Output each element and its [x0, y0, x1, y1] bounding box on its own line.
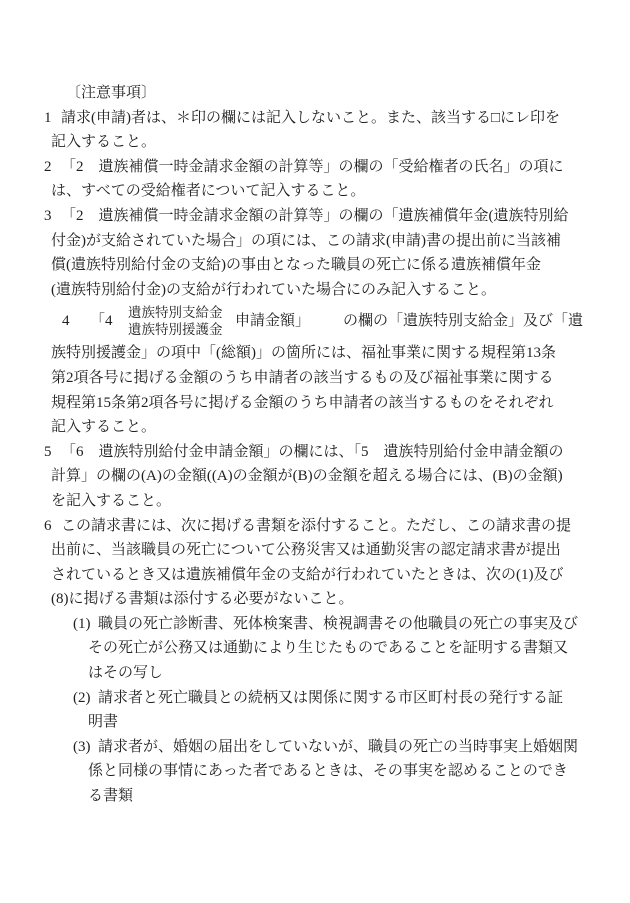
notes-heading: 〔注意事項〕 [0, 81, 630, 106]
attachment-3-cont-1: 係と同様の事情にあった者であるときは、その事実を認めることのでき [0, 759, 630, 784]
fraction-after-text: 申請金額」 [235, 302, 310, 341]
item-6-cont-2: されているとき又は遺族補償年金の支給が行われていたときは、次の(1)及び [0, 563, 630, 588]
item-5-number: 5 [44, 440, 52, 465]
item-2-first-line: 「2 遺族補償一時金請求金額の計算等」の欄の「受給権者の氏名」の項に [61, 155, 564, 180]
attachment-2-label: (2) [73, 686, 91, 711]
item-1-cont-1: 記入すること。 [0, 130, 630, 155]
attachment-1-cont-2: はその写し [0, 661, 630, 686]
item-3-line-1: 3 「2 遺族補償一時金請求金額の計算等」の欄の「遺族補償年金(遺族特別給 [0, 204, 630, 229]
item-2-cont-1: は、すべての受給権者について記入すること。 [0, 179, 630, 204]
item-6-first-line: この請求書には、次に掲げる書類を添付すること。ただし、この請求書の提 [61, 514, 571, 539]
item-3-cont-2: 償(遺族特別給付金の支給)の事由となった職員の死亡に係る遺族補償年金 [0, 253, 630, 278]
item-3-cont-3: (遺族特別給付金)の支給が行われていた場合にのみ記入すること。 [0, 278, 630, 303]
item-3-cont-1: 付金)が支給されていた場合」の項には、この請求(申請)書の提出前に当該補 [0, 229, 630, 254]
item-6-cont-1: 出前に、当該職員の死亡について公務災害又は通勤災害の認定請求書が提出 [0, 538, 630, 563]
attachment-1-cont-1: その死亡が公務又は通勤により生じたものであることを証明する書類又 [0, 636, 630, 661]
item-1-number: 1 [44, 106, 52, 131]
fraction-stack: 遺族特別支給金 遺族特別援護金 [128, 305, 223, 338]
item-6-line-1: 6 この請求書には、次に掲げる書類を添付すること。ただし、この請求書の提 [0, 514, 630, 539]
item-1-first-line: 請求(申請)者は、＊印の欄には記入しないこと。また、該当する□にレ印を [61, 106, 560, 131]
item-3-first-line: 「2 遺族補償一時金請求金額の計算等」の欄の「遺族補償年金(遺族特別給 [61, 204, 569, 229]
fraction-stack-top: 遺族特別支給金 [128, 305, 223, 322]
attachment-2-line-1: (2) 請求者と死亡職員との続柄又は関係に関する市区町村長の発行する証 [0, 686, 630, 711]
attachment-2-cont-1: 明書 [0, 710, 630, 735]
fraction-open-bracket: 「4 [90, 302, 113, 341]
fraction-tail-text: の欄の「遺族特別支給金」及び「遺 [343, 302, 583, 341]
item-3-number: 3 [44, 204, 52, 229]
attachment-3-label: (3) [73, 735, 91, 760]
item-4-fraction-line: 4 「4 遺族特別支給金 遺族特別援護金 申請金額」 の欄の「遺族特別支給金」及… [0, 302, 630, 341]
item-5-cont-1: 計算」の欄の(A)の金額((A)の金額が(B)の金額を超える場合には、(B)の金… [0, 464, 630, 489]
notes-page: 〔注意事項〕 1 請求(申請)者は、＊印の欄には記入しないこと。また、該当する□… [0, 0, 630, 903]
item-1-line-1: 1 請求(申請)者は、＊印の欄には記入しないこと。また、該当する□にレ印を [0, 106, 630, 131]
attachment-3-line-1: (3) 請求者が、婚姻の届出をしていないが、職員の死亡の当時事実上婚姻関 [0, 735, 630, 760]
attachment-1-line-1: (1) 職員の死亡診断書、死体検案書、検視調書その他職員の死亡の事実及び [0, 612, 630, 637]
item-6-cont-3: (8)に掲げる書類は添付する必要がないこと。 [0, 587, 630, 612]
item-5-cont-2: を記入すること。 [0, 489, 630, 514]
item-2-line-1: 2 「2 遺族補償一時金請求金額の計算等」の欄の「受給権者の氏名」の項に [0, 155, 630, 180]
item-4-cont-4: 記入すること。 [0, 415, 630, 440]
item-5-first-line: 「6 遺族特別給付金申請金額」の欄には、「5 遺族特別給付金申請金額の [61, 440, 564, 465]
item-2-number: 2 [44, 155, 52, 180]
item-5-line-1: 5 「6 遺族特別給付金申請金額」の欄には、「5 遺族特別給付金申請金額の [0, 440, 630, 465]
notes-heading-text: 〔注意事項〕 [66, 81, 156, 106]
attachment-1-label: (1) [73, 612, 91, 637]
item-4-cont-3: 規程第15条第2項各号に掲げる金額のうち申請者の該当するものをそれぞれ [0, 391, 630, 416]
attachment-3-cont-2: る書類 [0, 784, 630, 809]
attachment-2-first-line: 請求者と死亡職員との続柄又は関係に関する市区町村長の発行する証 [98, 686, 563, 711]
attachment-1-first-line: 職員の死亡診断書、死体検案書、検視調書その他職員の死亡の事実及び [98, 612, 578, 637]
attachment-3-first-line: 請求者が、婚姻の届出をしていないが、職員の死亡の当時事実上婚姻関 [98, 735, 578, 760]
item-4-cont-1: 族特別援護金」の項中「(総額)」の箇所には、福祉事業に関する規程第13条 [0, 341, 630, 366]
item-4-number: 4 [62, 302, 70, 341]
item-6-number: 6 [44, 514, 52, 539]
item-4-cont-2: 第2項各号に掲げる金額のうち申請者の該当するもの及び福祉事業に関する [0, 366, 630, 391]
fraction-stack-bottom: 遺族特別援護金 [128, 322, 223, 339]
